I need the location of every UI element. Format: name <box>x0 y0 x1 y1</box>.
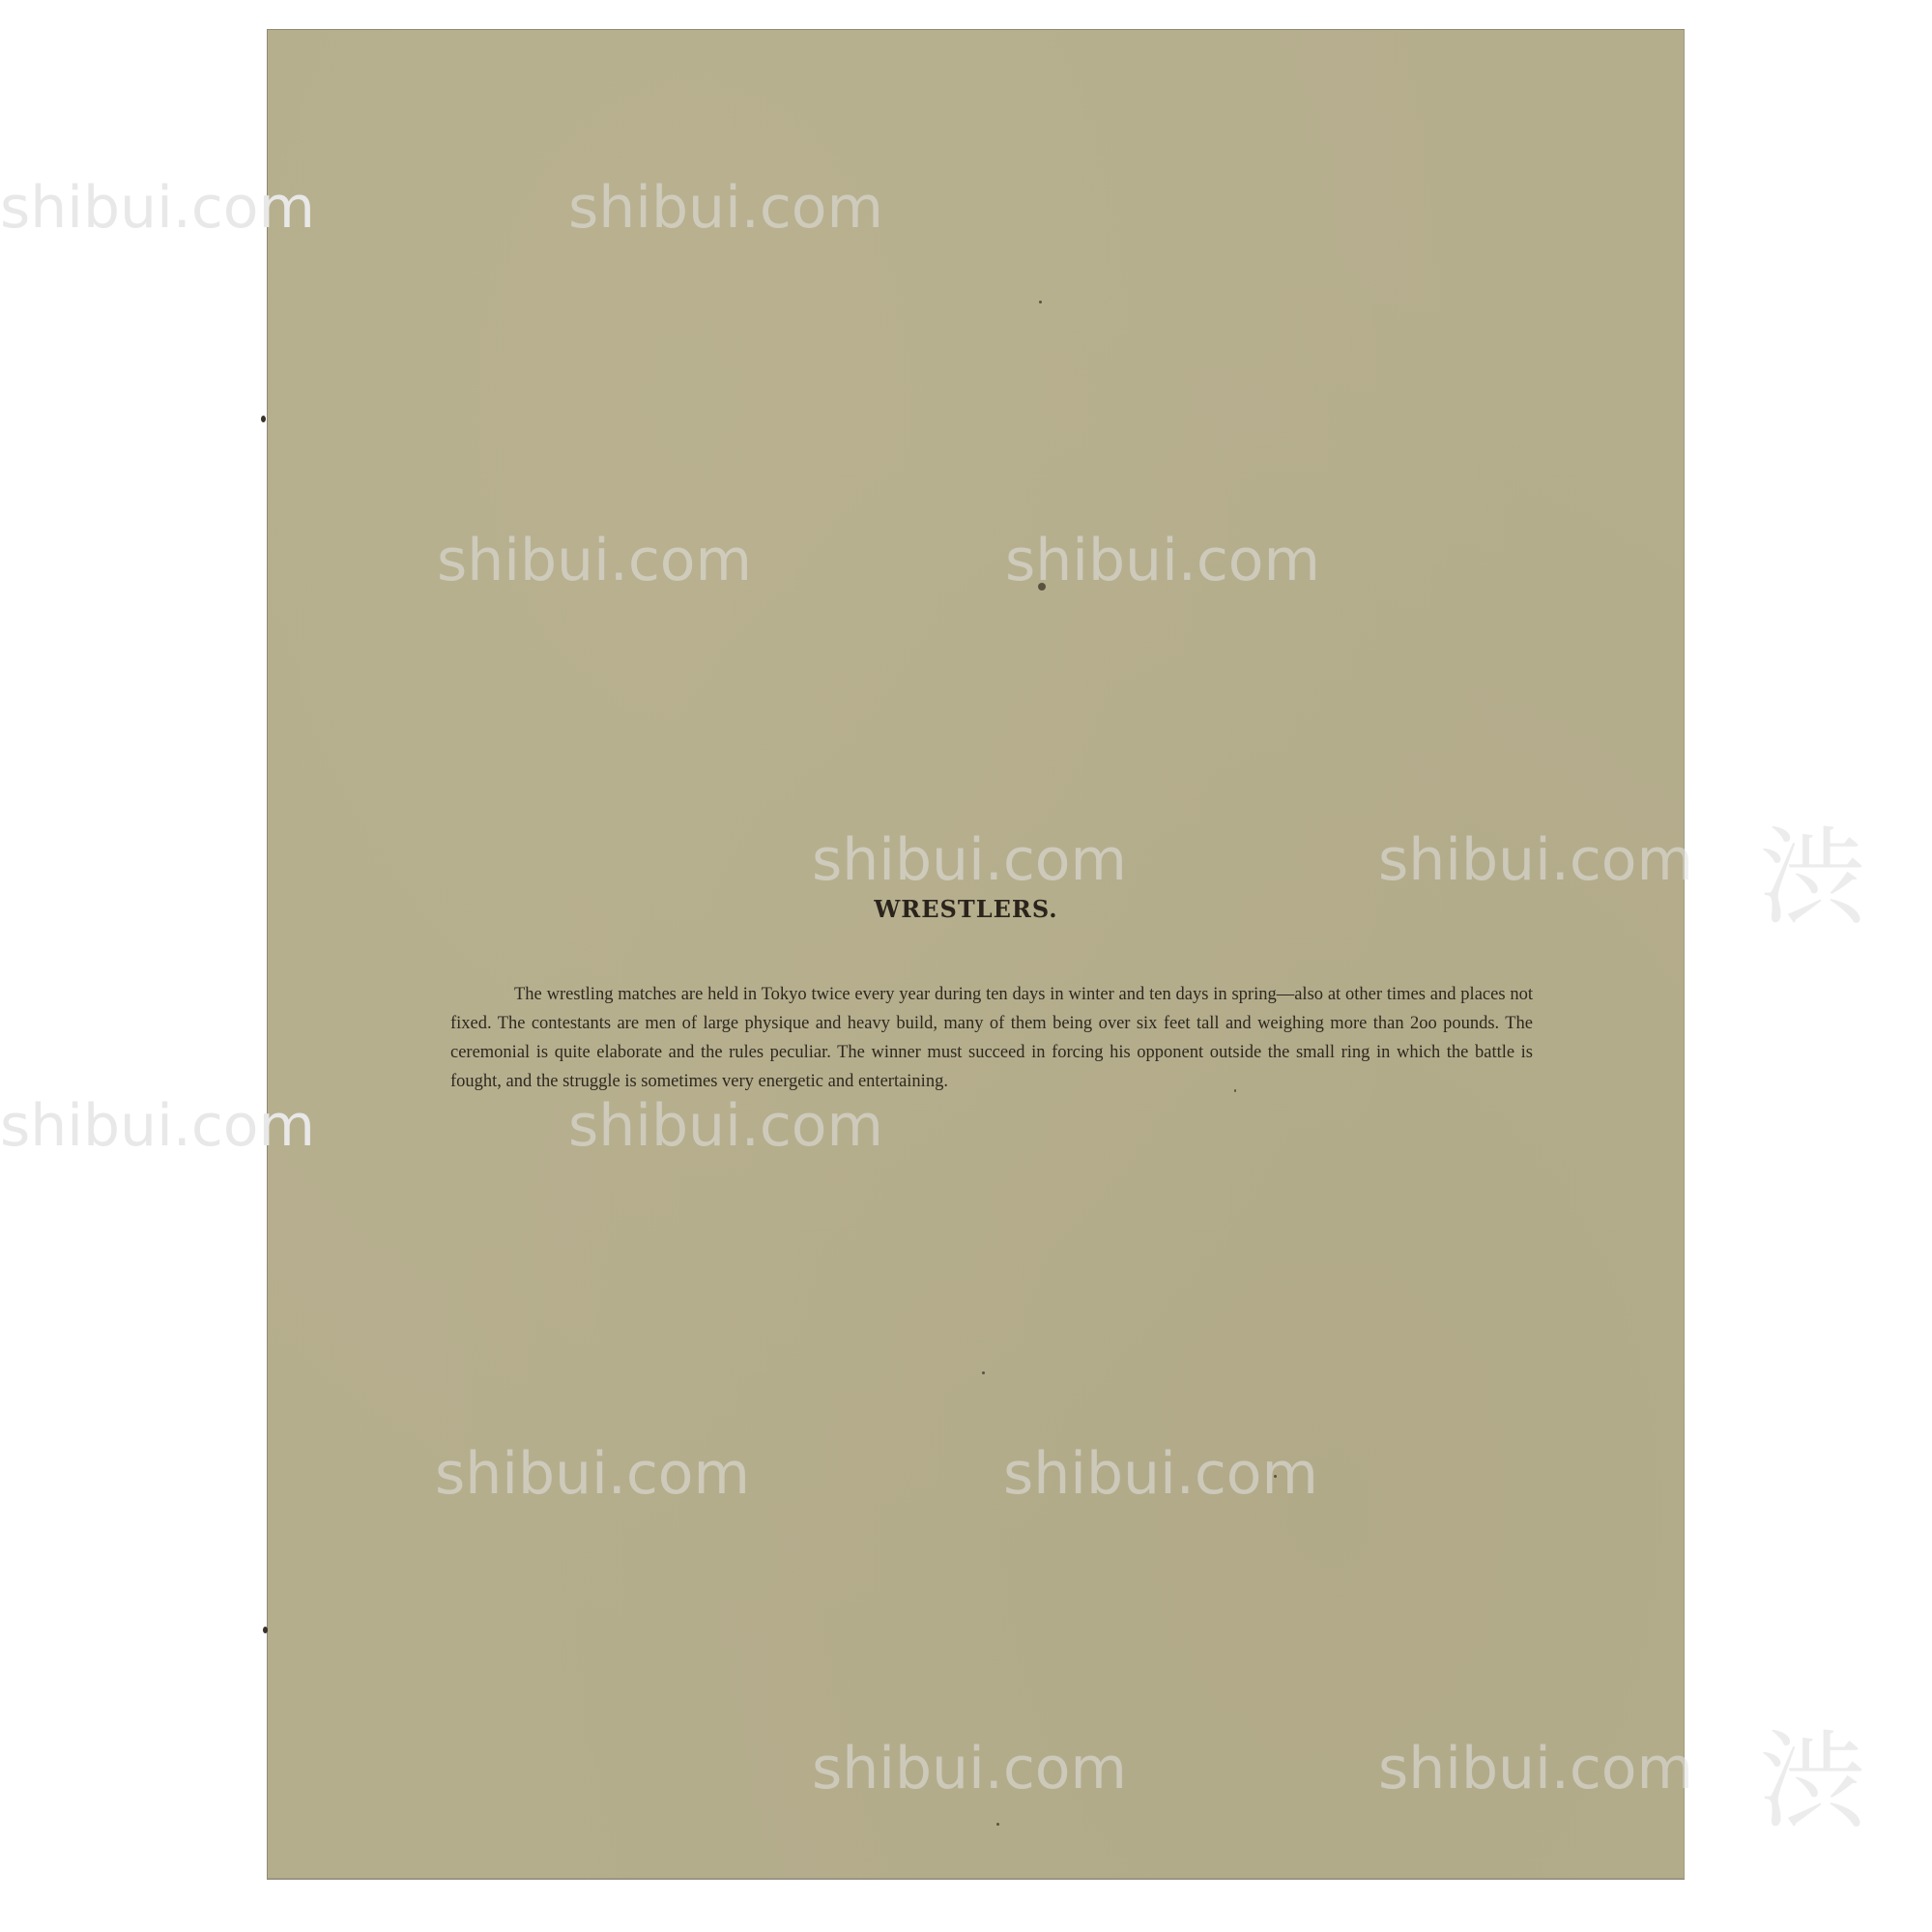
paper-speck <box>996 1823 999 1826</box>
document-paragraph: The wrestling matches are held in Tokyo … <box>450 980 1533 1096</box>
paper-speck <box>1038 583 1046 591</box>
paper-page <box>267 29 1685 1880</box>
paper-speck <box>1039 301 1042 303</box>
binding-hole <box>261 416 266 422</box>
document-title: WRESTLERS. <box>0 895 1932 923</box>
binding-hole <box>263 1627 268 1633</box>
watermark-kanji-icon: 渋 <box>1759 1696 1865 1849</box>
paper-speck <box>982 1371 985 1374</box>
paper-speck <box>1274 1475 1277 1478</box>
